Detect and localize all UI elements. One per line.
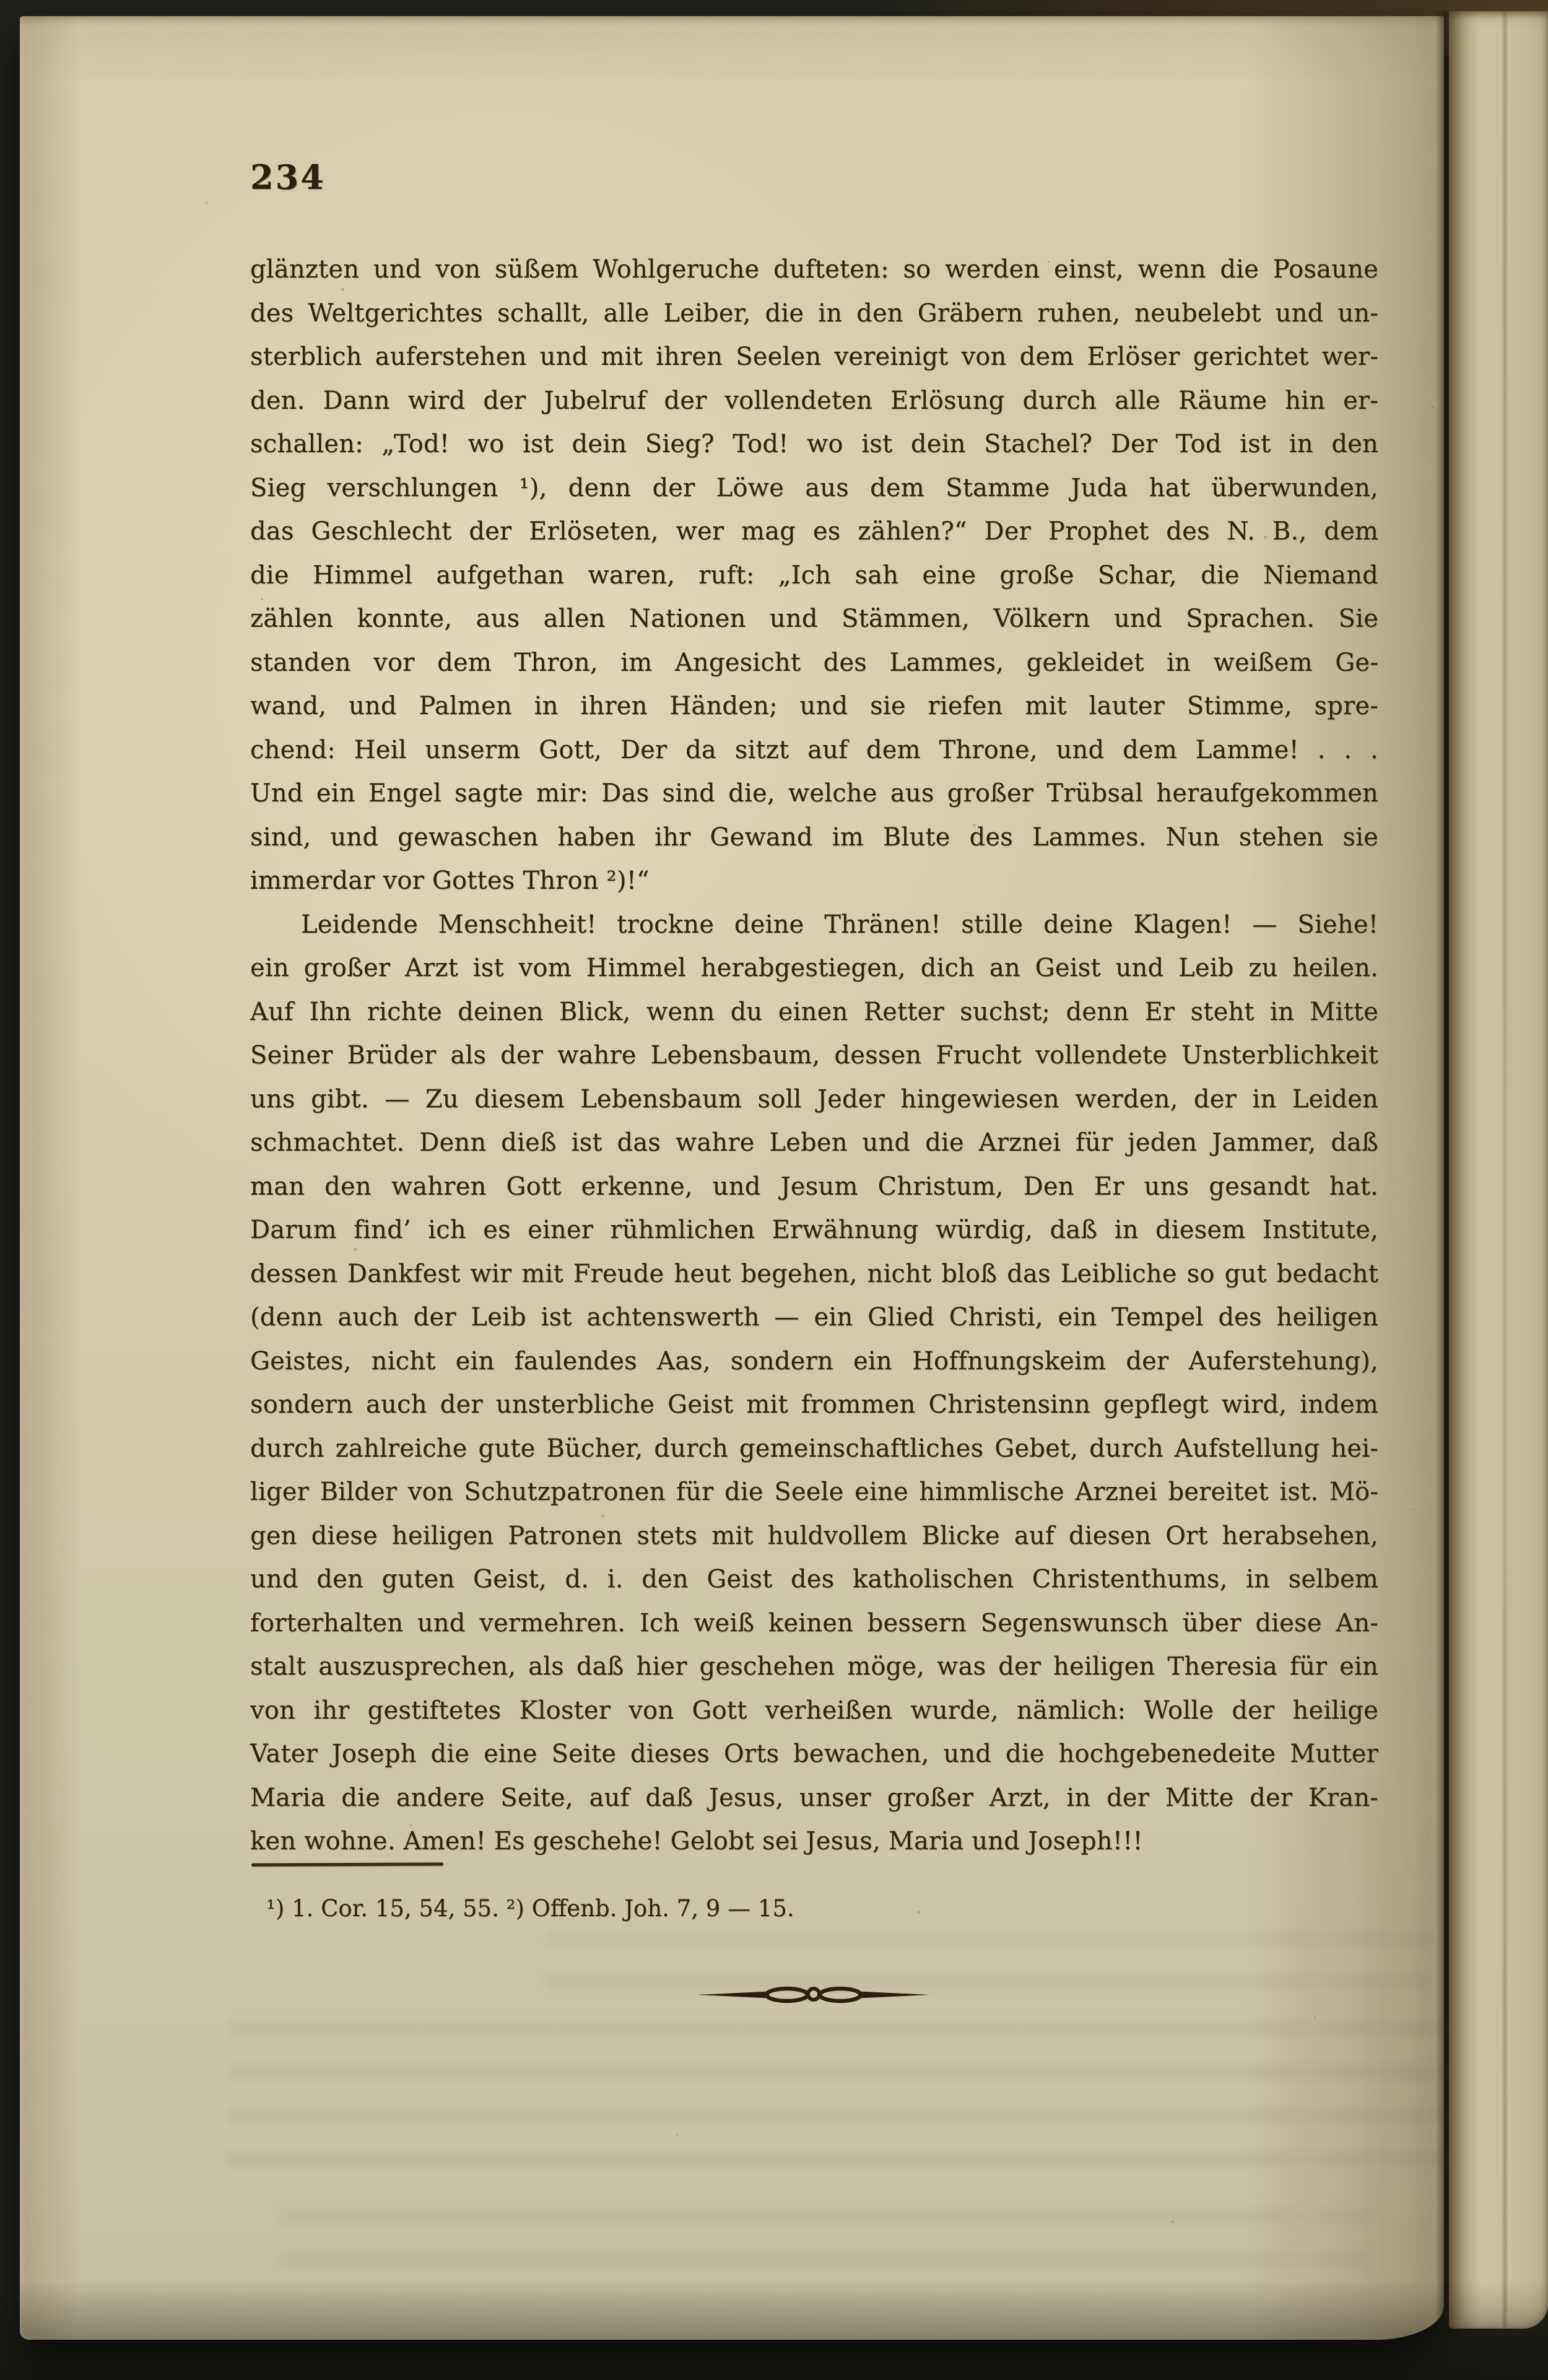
text-line: sind, und gewaschen haben ihr Gewand im … <box>250 816 1378 860</box>
ink-bleedthrough <box>226 2021 1455 2176</box>
text-line: Sieg verschlungen ¹), denn der Löwe aus … <box>250 466 1378 510</box>
text-line: Und ein Engel sagte mir: Das sind die, w… <box>250 772 1378 816</box>
text-line: Leidende Menschheit! trockne deine Thrän… <box>250 903 1378 947</box>
text-line: Seiner Brüder als der wahre Lebensbaum, … <box>250 1034 1378 1078</box>
text-line: forterhalten und vermehren. Ich weiß kei… <box>250 1602 1378 1646</box>
footnote-separator <box>251 1862 443 1866</box>
footnote: ¹) 1. Cor. 15, 54, 55. ²) Offenb. Joh. 7… <box>266 1893 1381 1925</box>
text-line: ein großer Arzt ist vom Himmel herabgest… <box>250 946 1378 990</box>
text-line: von ihr gestiftetes Kloster von Gott ver… <box>250 1689 1378 1733</box>
text-line: Maria die andere Seite, auf daß Jesus, u… <box>250 1776 1378 1820</box>
text-line: und den guten Geist, d. i. den Geist des… <box>250 1558 1378 1602</box>
text-line: Auf Ihn richte deinen Blick, wenn du ein… <box>250 990 1378 1034</box>
text-line: wand, und Palmen in ihren Händen; und si… <box>250 684 1378 728</box>
text-line: chend: Heil unserm Gott, Der da sitzt au… <box>250 728 1378 772</box>
text-line: stalt auszusprechen, als daß hier gesche… <box>250 1645 1378 1689</box>
text-line: ken wohne. Amen! Es geschehe! Gelobt sei… <box>250 1820 1378 1863</box>
text-line: standen vor dem Thron, im Angesicht des … <box>250 641 1378 685</box>
text-line: Geistes, nicht ein faulendes Aas, sonder… <box>250 1340 1378 1384</box>
text-line: die Himmel aufgethan waren, ruft: „Ich s… <box>250 554 1378 598</box>
body-text: glänzten und von süßem Wohlgeruche dufte… <box>250 248 1378 1863</box>
text-line: dessen Dankfest wir mit Freude heut bege… <box>250 1252 1378 1296</box>
book-scan: 234 glänzten und von süßem Wohlgeruche d… <box>0 0 1548 2380</box>
text-line: schallen: „Tod! wo ist dein Sieg? Tod! w… <box>250 422 1378 466</box>
ink-bleedthrough <box>546 1931 1432 2004</box>
page-crease <box>1503 11 1507 2329</box>
text-line: des Weltgerichtes schallt, alle Leiber, … <box>250 292 1378 336</box>
text-line: Darum find’ ich es einer rühmlichen Erwä… <box>250 1208 1378 1252</box>
text-line: sondern auch der unsterbliche Geist mit … <box>250 1383 1378 1427</box>
text-line: man den wahren Gott erkenne, und Jesum C… <box>250 1165 1378 1209</box>
text-line: Vater Joseph die eine Seite dieses Orts … <box>250 1732 1378 1776</box>
book-page: 234 glänzten und von süßem Wohlgeruche d… <box>20 16 1444 2340</box>
text-line: immerdar vor Gottes Thron ²)!“ <box>250 859 1378 903</box>
ink-bleedthrough <box>279 2208 1371 2283</box>
text-line: das Geschlecht der Erlöseten, wer mag es… <box>250 510 1378 554</box>
divider-ornament-icon <box>696 1984 931 2005</box>
text-line: uns gibt. — Zu diesem Lebensbaum soll Je… <box>250 1078 1378 1122</box>
text-line: sterblich auferstehen und mit ihren Seel… <box>250 335 1378 379</box>
text-line: den. Dann wird der Jubelruf der vollende… <box>250 379 1378 423</box>
text-line: (denn auch der Leib ist achtenswerth — e… <box>250 1296 1378 1340</box>
page-number: 234 <box>250 157 326 197</box>
text-line: durch zahlreiche gute Bücher, durch geme… <box>250 1427 1378 1471</box>
scan-bottom-shadow <box>0 2281 1548 2380</box>
text-line: liger Bilder von Schutzpatronen für die … <box>250 1470 1378 1514</box>
adjacent-page-edge <box>1449 11 1548 2329</box>
text-line: gen diese heiligen Patronen stets mit hu… <box>250 1514 1378 1558</box>
text-line: zählen konnte, aus allen Nationen und St… <box>250 597 1378 641</box>
paragraph-1: glänzten und von süßem Wohlgeruche dufte… <box>250 248 1378 903</box>
paper-flecks <box>206 202 207 204</box>
text-line: schmachtet. Denn dieß ist das wahre Lebe… <box>250 1121 1378 1165</box>
text-line: glänzten und von süßem Wohlgeruche dufte… <box>250 248 1378 292</box>
paragraph-2: Leidende Menschheit! trockne deine Thrän… <box>250 903 1378 1863</box>
